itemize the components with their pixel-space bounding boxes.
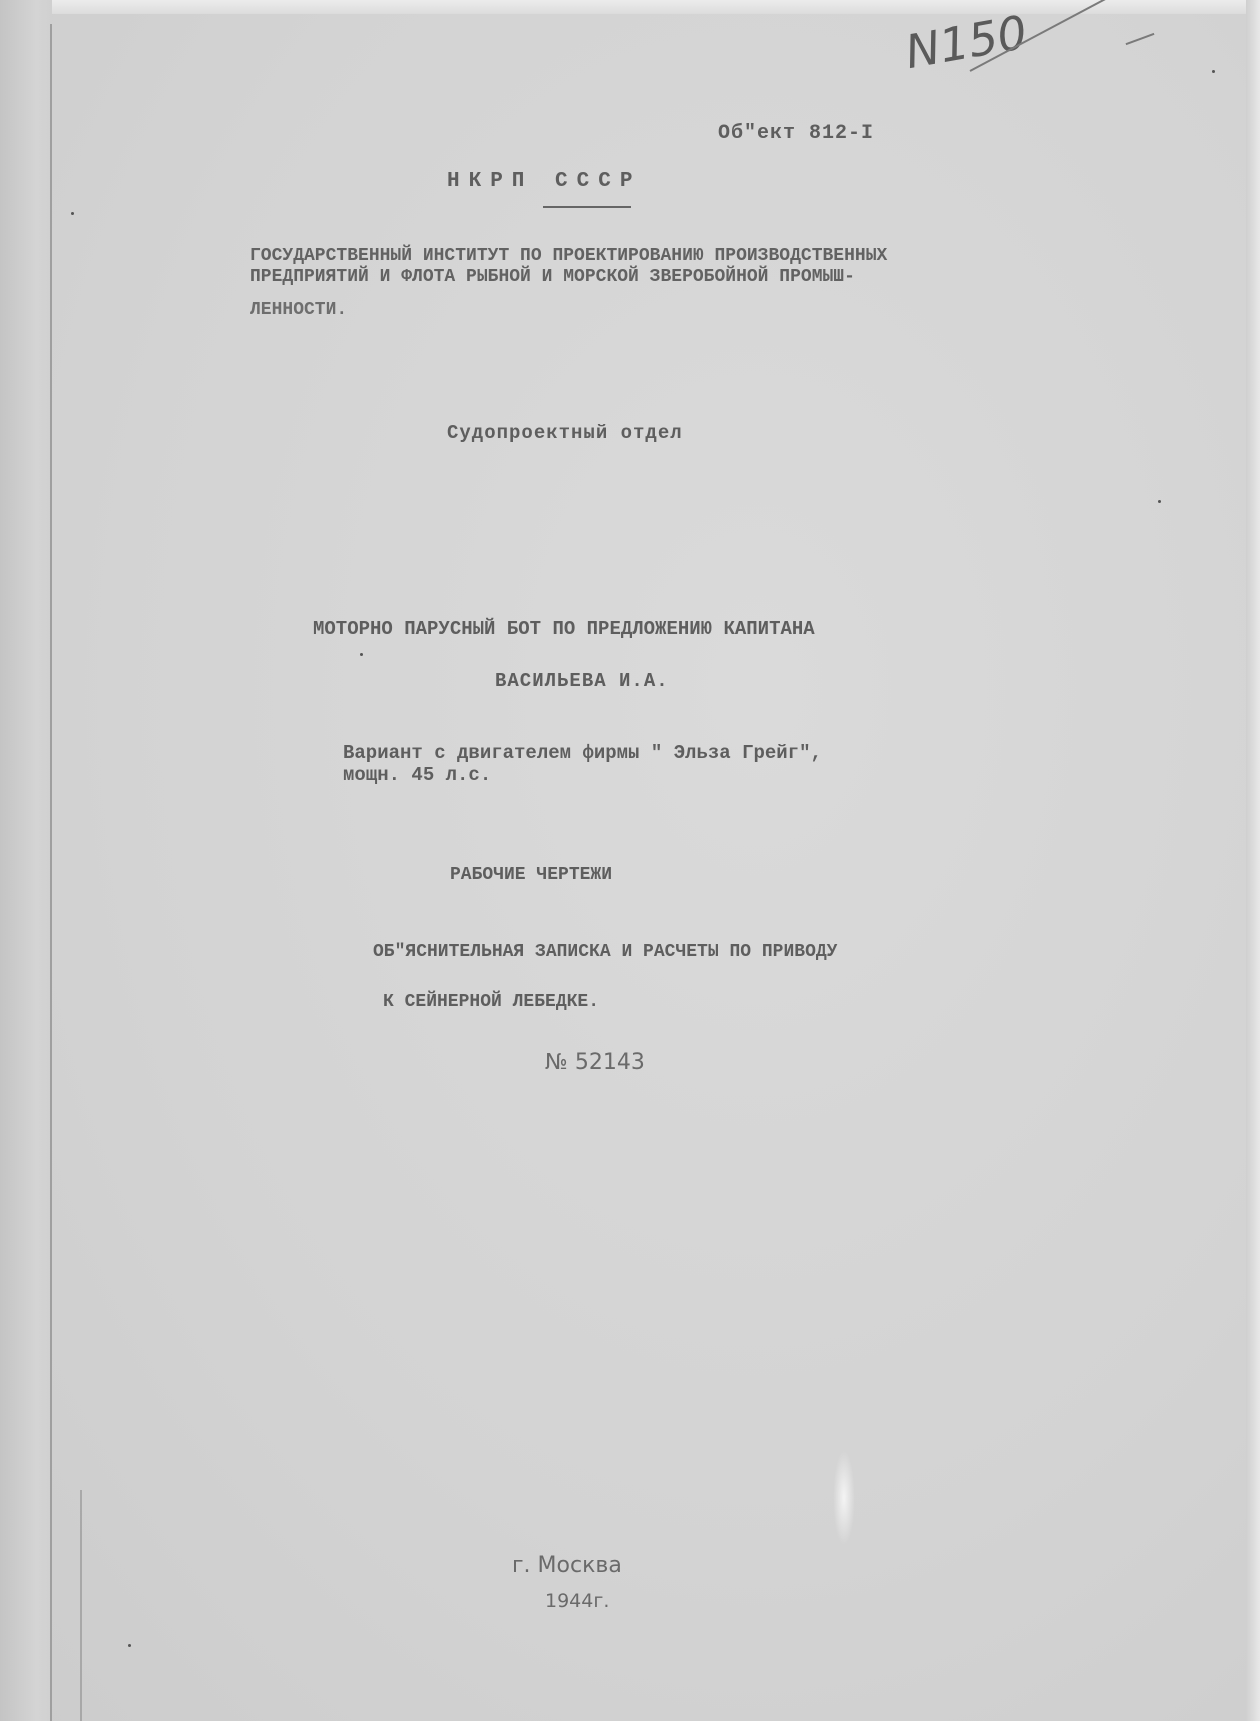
drawings-heading: РАБОЧИЕ ЧЕРТЕЖИ xyxy=(450,865,612,885)
note-title-line: К СЕЙНЕРНОЙ ЛЕБЕДКЕ. xyxy=(383,992,599,1012)
institute-name-line: ПРЕДПРИЯТИЙ И ФЛОТА РЫБНОЙ И МОРСКОЙ ЗВЕ… xyxy=(250,267,855,287)
handwritten-document-number: № 52143 xyxy=(545,1050,645,1075)
handwritten-city: г. Москва xyxy=(512,1553,622,1578)
institute-name-line: ГОСУДАРСТВЕННЫЙ ИНСТИТУТ ПО ПРОЕКТИРОВАН… xyxy=(250,246,887,266)
heading-underline xyxy=(543,206,631,208)
page-right-edge xyxy=(1246,0,1260,1721)
department-name: Судопроектный отдел xyxy=(447,422,683,444)
paper-speck xyxy=(360,653,363,656)
pencil-stroke xyxy=(1126,33,1155,45)
object-code: Об"ект 812-I xyxy=(718,122,874,145)
variant-description-line: мощн. 45 л.с. xyxy=(343,764,491,786)
handwritten-archive-number: N150 xyxy=(901,5,1031,79)
handwritten-year: 1944г. xyxy=(545,1590,609,1612)
page-top-edge xyxy=(0,0,1260,14)
fold-line-lower xyxy=(80,1490,82,1721)
binding-margin xyxy=(0,0,52,1721)
scanned-page: N150 Об"ект 812-I НКРП СССР ГОСУДАРСТВЕН… xyxy=(0,0,1260,1721)
note-title-line: ОБ"ЯСНИТЕЛЬНАЯ ЗАПИСКА И РАСЧЕТЫ ПО ПРИВ… xyxy=(373,942,837,962)
document-title-line: МОТОРНО ПАРУСНЫЙ БОТ ПО ПРЕДЛОЖЕНИЮ КАПИ… xyxy=(313,618,815,640)
paper-speck xyxy=(71,212,74,215)
ministry-heading: НКРП СССР xyxy=(447,170,641,193)
paper-speck xyxy=(128,1644,131,1647)
document-title-line: ВАСИЛЬЕВА И.А. xyxy=(495,670,669,692)
scan-glare xyxy=(833,1450,855,1545)
fold-line xyxy=(50,24,52,1721)
paper-speck xyxy=(1158,500,1161,503)
paper-speck xyxy=(1212,70,1215,73)
variant-description-line: Вариант с двигателем фирмы " Эльза Грейг… xyxy=(343,742,822,764)
institute-name-line: ЛЕННОСТИ. xyxy=(250,300,347,320)
